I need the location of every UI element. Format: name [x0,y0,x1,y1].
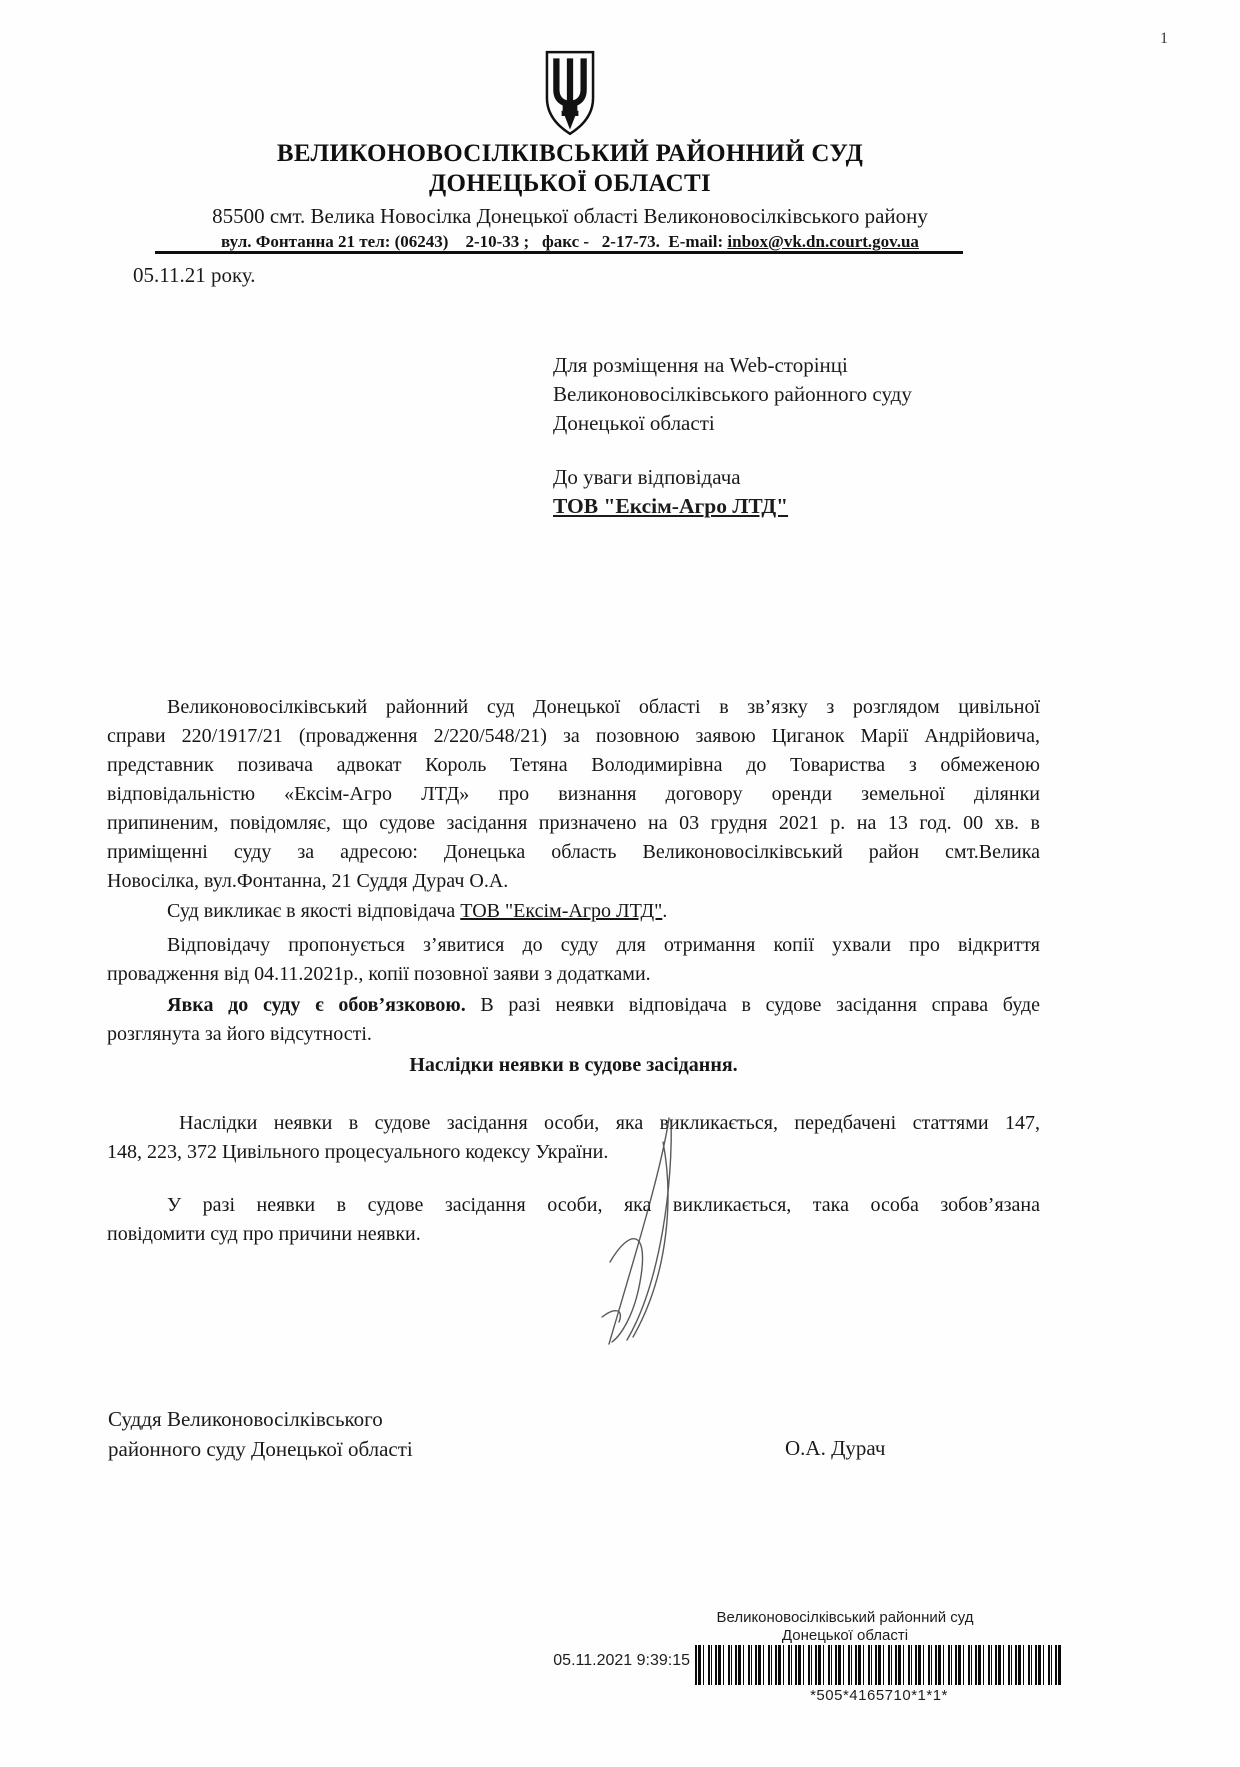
respondent-company: ТОВ "Ексім-Агро ЛТД" [553,492,788,520]
paragraph-copies: Відповідачу пропонується з’явитися до су… [107,931,1040,989]
mandatory-appearance-rest: В разі неявки відповідача в судове засід… [466,994,1040,1016]
scanned-court-letter: 1 ВЕЛИКОНОВОСІЛКІВСЬКИЙ РАЙОННИЙ СУД ДОН… [0,0,1240,1767]
letterhead: ВЕЛИКОНОВОСІЛКІВСЬКИЙ РАЙОННИЙ СУД ДОНЕЦ… [100,139,1040,252]
judge-name: О.А. Дурач [785,1436,885,1461]
letterhead-divider [155,251,963,254]
ukraine-trident-emblem [538,50,602,138]
body-line: розглянута за його відсутності. [107,1020,1040,1049]
mandatory-appearance-bold: Явка до суду є обов’язковою. [167,994,466,1016]
body-line: провадження від 04.11.2021р., копії позо… [107,960,1040,989]
body-line: відповідальністю «Ексім-Агро ЛТД» про ви… [107,780,1040,809]
paragraph-mandatory: Явка до суду є обов’язковою. В разі неяв… [107,991,1040,1049]
consequences-heading: Наслідки неявки в судове засідання. [107,1051,1040,1080]
body-line: Відповідачу пропонується з’явитися до су… [107,931,1040,960]
recipient-line: Донецької області [553,409,912,438]
body-line: Суд викликає в якості відповідача ТОВ "Е… [107,897,1040,926]
body-line: Великоновосілківський районний суд Донец… [107,693,1040,722]
recipient-block: Для розміщення на Web-сторінці Великонов… [553,351,912,439]
signature-title-line: районного суду Донецької області [108,1435,413,1465]
attention-label: До уваги відповідача [553,463,788,491]
signature-title-line: Суддя Великоновосілківського [108,1405,413,1435]
page-number: 1 [1160,30,1168,48]
paragraph-summons: Суд викликає в якості відповідача ТОВ "Е… [107,897,1040,926]
body-line: справи 220/1917/21 (провадження 2/220/54… [107,722,1040,751]
document-date: 05.11.21 року. [133,263,256,288]
court-name-line1: ВЕЛИКОНОВОСІЛКІВСЬКИЙ РАЙОННИЙ СУД [100,139,1040,169]
court-address: 85500 смт. Велика Новосілка Донецької об… [100,204,1040,229]
body-line: Новосілка, вул.Фонтанна, 21 Суддя Дурач … [107,867,1040,896]
contact-text: вул. Фонтанна 21 тел: (06243) 2-10-33 ; … [221,232,727,251]
stamp-court-line: Донецької області [660,1627,1030,1645]
attention-block: До уваги відповідача ТОВ "Ексім-Агро ЛТД… [553,463,788,520]
court-name-line2: ДОНЕЦЬКОЇ ОБЛАСТІ [100,169,1040,199]
paragraph-main: Великоновосілківський районний суд Донец… [107,693,1040,896]
court-contacts: вул. Фонтанна 21 тел: (06243) 2-10-33 ; … [100,232,1040,252]
body-line: представник позивача адвокат Король Тетя… [107,751,1040,780]
recipient-line: Великоновосілківського районного суду [553,380,912,409]
body-line: Явка до суду є обов’язковою. В разі неяв… [107,991,1040,1020]
registration-barcode [695,1645,1063,1685]
signature-title-block: Суддя Великоновосілківського районного с… [108,1405,413,1464]
recipient-line: Для розміщення на Web-сторінці [553,351,912,380]
body-line: припиненим, повідомляє, що судове засіда… [107,809,1040,838]
court-email: inbox@vk.dn.court.gov.ua [727,232,919,251]
summons-text: Суд викликає в якості відповідача [167,900,460,922]
judge-signature-handwriting [573,1110,707,1355]
summoned-company: ТОВ "Ексім-Агро ЛТД" [460,900,662,922]
stamp-timestamp: 05.11.2021 9:39:15 [540,1652,690,1670]
body-line: приміщенні суду за адресою: Донецька обл… [107,838,1040,867]
barcode-number: *505*4165710*1*1* [695,1687,1063,1704]
stamp-court-name: Великоновосілківський районний суд Донец… [660,1609,1030,1645]
summons-period: . [662,900,667,922]
stamp-court-line: Великоновосілківський районний суд [660,1609,1030,1627]
